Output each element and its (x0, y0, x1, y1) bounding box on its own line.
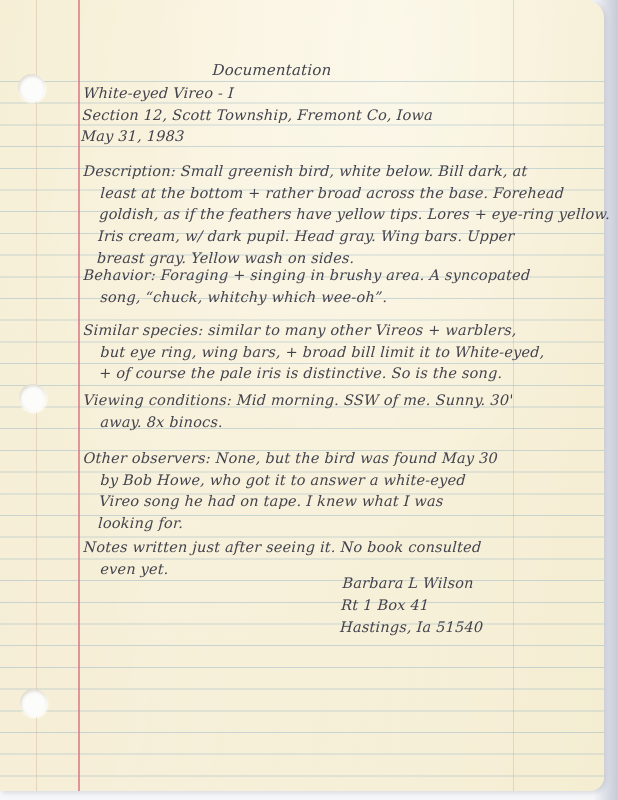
handwritten-line: Behavior: Foraging + singing in brushy a… (83, 266, 531, 288)
scanned-document: Documentation White-eyed Vireo - I Secti… (0, 0, 618, 800)
location-line: Section 12, Scott Township, Fremont Co, … (82, 106, 434, 128)
description-paragraph: Description: Small greenish bird, white … (78, 162, 613, 270)
handwritten-line: + of course the pale iris is distinctive… (99, 364, 544, 386)
handwritten-line: Viewing conditions: Mid morning. SSW of … (83, 391, 514, 413)
other-observers-paragraph: Other observers: None, but the bird was … (79, 449, 498, 536)
handwritten-line: but eye ring, wing bars, + broad bill li… (100, 343, 545, 365)
notebook-page: Documentation White-eyed Vireo - I Secti… (0, 0, 604, 791)
handwritten-line: Notes written just after seeing it. No b… (83, 538, 482, 560)
punch-hole-bottom (20, 689, 47, 716)
page-title: Documentation (212, 61, 332, 79)
handwritten-line: goldish, as if the feathers have yellow … (99, 205, 611, 227)
species-line: White-eyed Vireo - I (83, 84, 435, 106)
signature-address-1: Rt 1 Box 41 (341, 595, 485, 617)
handwritten-line: Vireo song he had on tape. I knew what I… (99, 492, 497, 514)
handwritten-line: away. 8x binocs. (100, 413, 513, 435)
handwritten-line: by Bob Howe, who got it to answer a whit… (100, 471, 498, 493)
signature-address-2: Hastings, Ia 51540 (340, 617, 484, 639)
viewing-conditions-paragraph: Viewing conditions: Mid morning. SSW of … (82, 391, 514, 434)
handwritten-line: Iris cream, w/ dark pupil. Head gray. Wi… (97, 227, 609, 249)
handwritten-line: Other observers: None, but the bird was … (83, 449, 499, 471)
behavior-paragraph: Behavior: Foraging + singing in brushy a… (82, 266, 531, 309)
handwritten-line: least at the bottom + rather broad acros… (100, 184, 612, 206)
left-margin-line (78, 0, 80, 791)
signature-block: Barbara L Wilson Rt 1 Box 41 Hastings, I… (340, 573, 487, 639)
handwritten-line: looking for. (97, 514, 495, 536)
header-block: White-eyed Vireo - I Section 12, Scott T… (81, 84, 435, 149)
handwritten-line: Description: Small greenish bird, white … (83, 162, 613, 184)
handwritten-line: Similar species: similar to many other V… (83, 321, 546, 343)
similar-species-paragraph: Similar species: similar to many other V… (81, 321, 547, 386)
punch-hole-top (18, 74, 45, 101)
handwritten-line: song, “chuck, whitchy which wee-oh”. (100, 288, 530, 310)
date-line: May 31, 1983 (81, 127, 433, 149)
signature-name: Barbara L Wilson (342, 573, 486, 595)
punch-hole-middle (19, 384, 46, 411)
